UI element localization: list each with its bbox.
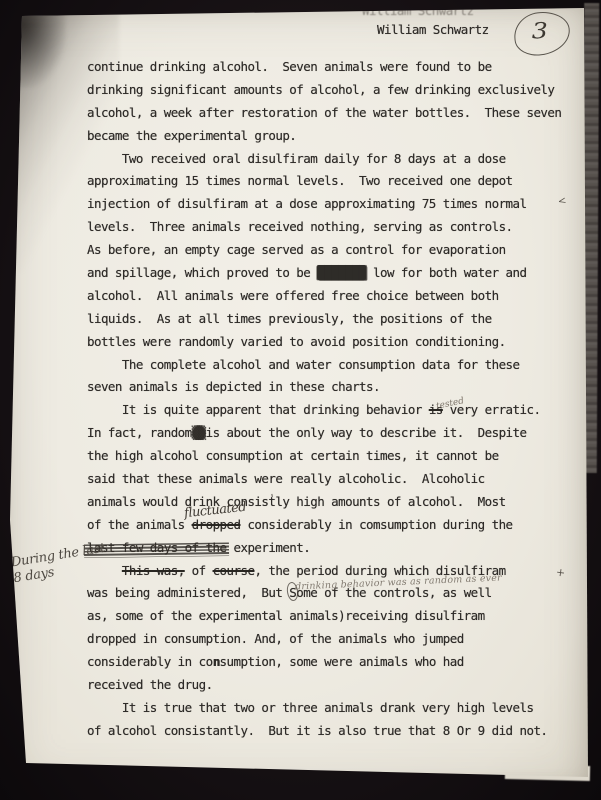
typed-line: said that these animals were really alco… (87, 468, 592, 491)
typed-line: levels. Three animals received nothing, … (87, 216, 592, 239)
corner-smudge-tl-dark (14, 8, 66, 88)
typed-line: drinking significant amounts of alcohol,… (87, 79, 592, 102)
text-segment: became the experimental group. (87, 128, 296, 143)
page-number: 3 (532, 19, 549, 44)
text-segment: As before, an empty cage served as a con… (87, 242, 506, 257)
text-segment: seven animals is depicted in these chart… (87, 379, 380, 394)
text-segment: low for both water and (366, 265, 526, 280)
text-segment: said that these animals were really alco… (87, 471, 485, 486)
text-segment: alcohol, a week after restoration of the… (87, 105, 561, 120)
typed-line: animals would drink consistly high amoun… (87, 491, 592, 514)
typed-line: bottles were randomly varied to avoid po… (87, 331, 592, 354)
text-segment: approximating 15 times normal levels. Tw… (87, 173, 513, 188)
text-segment: The complete alcohol and water consumpti… (87, 357, 520, 372)
text-segment: considerably in comsumption during the (240, 517, 512, 532)
typed-line: seven animals is depicted in these chart… (87, 376, 592, 399)
text-segment: alcohol. All animals were offered free c… (87, 288, 499, 303)
scratch-segment: last few days of the (87, 540, 227, 555)
typed-line: of alcohol consistantly. But it is also … (87, 720, 592, 743)
typed-line: alcohol. All animals were offered free c… (87, 285, 592, 308)
typed-line: It is quite apparent that drinking behav… (87, 399, 592, 422)
typed-line: The complete alcohol and water consumpti… (87, 354, 592, 377)
text-segment: as, some of the experimental animals)rec… (87, 608, 485, 623)
pencil-plus-mark: + (555, 565, 566, 579)
text-segment: bottles were randomly varied to avoid po… (87, 334, 506, 349)
blot-segment: ███████ (317, 265, 366, 280)
typed-line: received the drug. (87, 674, 592, 697)
text-segment: was being administered, But (87, 585, 289, 600)
text-segment: received the drug. (87, 677, 213, 692)
typed-line: alcohol, a week after restoration of the… (87, 102, 592, 125)
typed-line: It is true that two or three animals dra… (87, 697, 592, 720)
typed-lines: continue drinking alcohol. Seven animals… (87, 56, 592, 743)
text-segment: considerably in co (87, 654, 213, 669)
text-segment: is about the only way to describe it. De… (206, 425, 527, 440)
ghost-author-name: William Schwartz (362, 3, 474, 18)
text-segment: of alcohol consistantly. But it is also … (87, 723, 547, 738)
text-segment: levels. Three animals received nothing, … (87, 219, 513, 234)
strike-segment: course (213, 563, 255, 578)
typed-line: of the animals dropped considerably in c… (87, 514, 592, 537)
typed-line: became the experimental group. (87, 125, 592, 148)
typed-line: last few days of the experiment. (87, 537, 592, 560)
typed-line: approximating 15 times normal levels. Tw… (87, 170, 592, 193)
text-segment: animals would drink consistly high amoun… (87, 494, 506, 509)
text-segment: of the animals (87, 517, 192, 532)
typed-line: liquids. As at all times previously, the… (87, 308, 592, 331)
typed-line: as, some of the experimental animals)rec… (87, 605, 592, 628)
typed-line: Two received oral disulfiram daily for 8… (87, 148, 592, 171)
text-segment: injection of disulfiram at a dose approx… (87, 196, 526, 211)
typed-line: considerably in consumption, some were a… (87, 651, 592, 674)
text-segment: Two received oral disulfiram daily for 8… (87, 151, 506, 166)
text-segment: dropped in consumption. And, of the anim… (87, 631, 464, 646)
typed-line: dropped in consumption. And, of the anim… (87, 628, 592, 651)
overtype-segment: n (213, 654, 220, 669)
scanned-page: William Schwartz William Schwartz 3 cont… (0, 0, 601, 800)
text-segment: It is true that two or three animals dra… (87, 700, 533, 715)
text-segment: drinking significant amounts of alcohol,… (87, 82, 554, 97)
text-segment: experiment. (227, 540, 311, 555)
photo-backdrop: William Schwartz William Schwartz 3 cont… (0, 0, 601, 800)
typed-line: injection of disulfiram at a dose approx… (87, 193, 592, 216)
page-number-circle: 3 (512, 9, 573, 59)
text-segment: and spillage, which proved to be (87, 265, 317, 280)
text-segment: the high alcohol consumption at certain … (87, 448, 499, 463)
typed-line: the high alcohol consumption at certain … (87, 445, 592, 468)
strike-segment: This was, (122, 563, 185, 578)
author-name: William Schwartz (377, 22, 489, 37)
text-segment: continue drinking alcohol. Seven animals… (87, 59, 492, 74)
typed-line: continue drinking alcohol. Seven animals… (87, 56, 592, 79)
text-segment: In fact, random (87, 425, 192, 440)
typed-line: and spillage, which proved to be ███████… (87, 262, 592, 285)
text-segment: It is quite apparent that drinking behav… (87, 402, 429, 417)
typed-line: In fact, random▒▒is about the only way t… (87, 422, 592, 445)
scribble-segment: ▒▒ (192, 425, 206, 440)
typed-line: As before, an empty cage served as a con… (87, 239, 592, 262)
text-segment: liquids. As at all times previously, the… (87, 311, 492, 326)
text-segment: sumption, some were animals who had (220, 654, 464, 669)
text-segment: of (185, 563, 213, 578)
